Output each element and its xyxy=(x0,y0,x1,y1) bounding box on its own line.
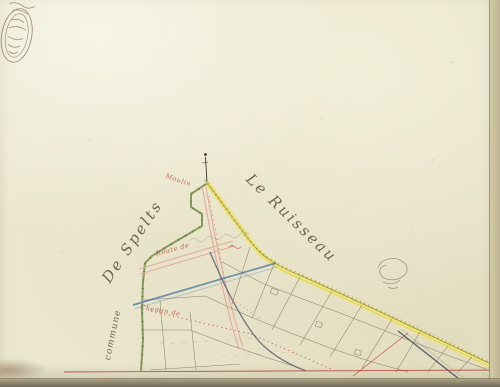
ink-stamp-icon xyxy=(0,1,37,64)
parcel-lines xyxy=(144,247,486,372)
grey-stream-line xyxy=(210,252,471,386)
corner-smudge xyxy=(0,358,48,378)
scan-edge-right xyxy=(489,0,500,387)
survey-point-marker-icon xyxy=(202,153,208,183)
pencil-scribble xyxy=(378,258,407,288)
scanned-cadastral-map: Le Ruisseau De Spelts commune Moulin Rou… xyxy=(0,0,500,387)
scan-edge-bottom xyxy=(0,378,500,387)
red-base-line xyxy=(64,370,499,372)
yellow-road-line xyxy=(205,180,494,369)
map-linework xyxy=(0,0,500,387)
